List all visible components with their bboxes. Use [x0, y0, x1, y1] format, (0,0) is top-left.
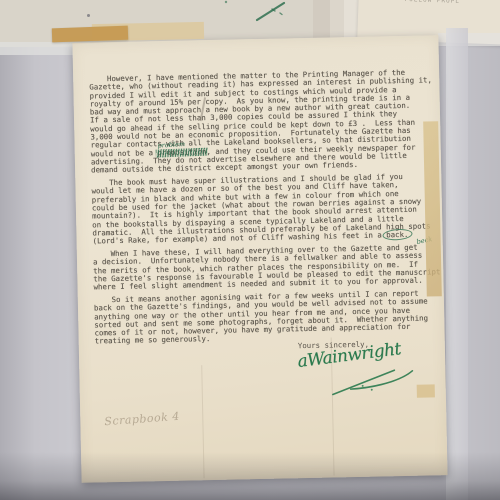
tape-patch [417, 384, 435, 397]
typed-letter: However, I have mentioned the matter to … [72, 35, 447, 483]
dust-speck [87, 14, 90, 17]
tape-strip-amber [52, 26, 128, 43]
typed-fragment: FOLLOW PROPL [404, 0, 460, 5]
paragraph: However, I have mentioned the matter to … [89, 68, 440, 175]
letter-body: However, I have mentioned the matter to … [89, 68, 444, 350]
sleeve-edge-right [446, 28, 468, 500]
green-ink-strikethrough [156, 147, 208, 156]
photo-of-letter: FOLLOW PROPL However, I have mentioned t… [0, 0, 500, 500]
paragraph: So it means another agonising wait for a… [94, 289, 444, 346]
paragraph: When I have these, I will hand everythin… [93, 243, 443, 292]
fold-crease [201, 365, 204, 478]
pencil-annotation: Scrapbook 4 [104, 410, 180, 428]
